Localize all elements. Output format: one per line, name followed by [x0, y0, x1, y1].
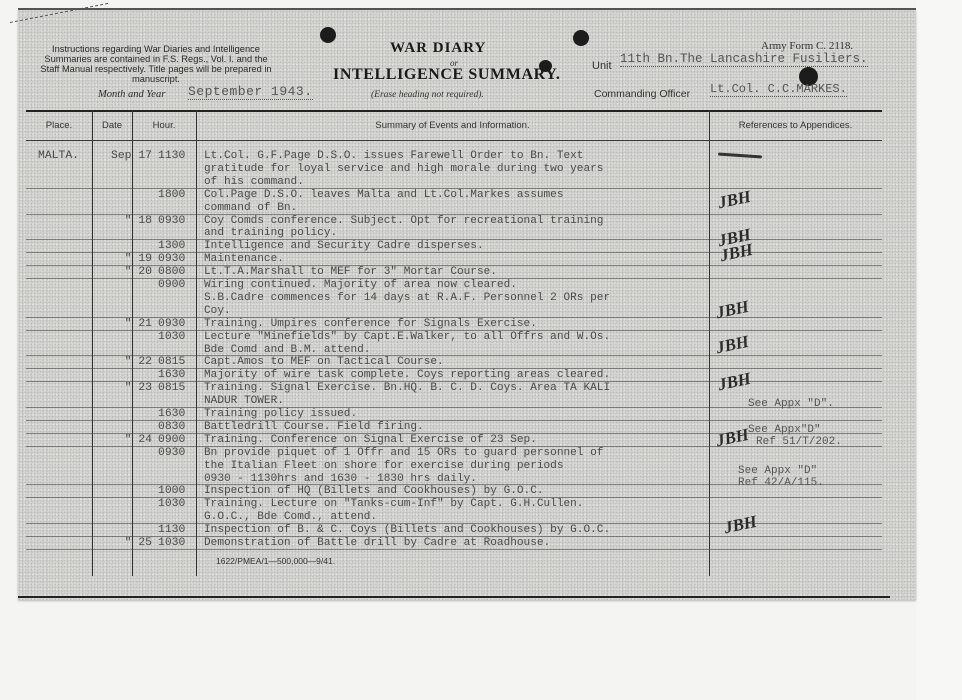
entry-summary-line: Training policy issued. [204, 408, 357, 420]
row-rule [26, 420, 882, 421]
entry-hour: 1130 [158, 150, 185, 163]
col-divider [709, 110, 710, 576]
month-year-value: September 1943. [188, 84, 313, 100]
entry-summary-line: Coy. [204, 305, 231, 317]
col-divider [92, 110, 93, 576]
row-rule [26, 446, 882, 447]
entry-summary-line: 0930 - 1130hrs and 1630 - 1830 hrs daily… [204, 473, 477, 485]
entry-hour: 0900 [158, 279, 185, 292]
column-header-summary: Summary of Events and Information. [196, 120, 709, 131]
col-divider [196, 110, 197, 576]
reference-entry: Ref 51/T/202. [756, 436, 842, 448]
commanding-officer-value: Lt.Col. C.C.MARKES. [710, 82, 847, 97]
punch-hole-icon [320, 27, 336, 43]
row-rule [26, 278, 882, 279]
reference-entry: Ref 42/A/115. [738, 477, 824, 489]
table-bottom-rule [18, 596, 890, 598]
column-header-hour: Hour. [132, 120, 196, 131]
handwritten-initials: JBH [714, 297, 750, 323]
entry-summary-line: Inspection of HQ (Billets and Cookhouses… [204, 485, 544, 497]
entry-summary-line: Bde Comd and B.M. attend. [204, 344, 370, 356]
entry-summary-line: Bn provide piquet of 1 Offr and 15 ORs t… [204, 447, 603, 459]
entry-summary-line: the Italian Fleet on shore for exercise … [204, 460, 564, 472]
row-rule [26, 355, 882, 356]
row-rule [26, 497, 882, 498]
entry-date: " 18 [106, 215, 152, 228]
entry-summary-line: command of Bn. [204, 202, 297, 214]
entry-date: Sep 17 [106, 150, 152, 163]
entry-summary-line: Intelligence and Security Cadre disperse… [204, 240, 484, 252]
row-rule [26, 265, 882, 266]
entry-hour: 0815 [158, 382, 185, 395]
row-rule [26, 368, 882, 369]
punch-hole-icon [573, 30, 589, 46]
entry-summary-line: Demonstration of Battle drill by Cadre a… [204, 537, 550, 549]
struck-reference-mark [718, 152, 762, 158]
column-header-date: Date [92, 120, 132, 131]
row-rule [26, 239, 882, 240]
entry-summary-line: Lt.Col. G.F.Page D.S.O. issues Farewell … [204, 150, 583, 162]
entry-date: " 23 [106, 382, 152, 395]
commanding-officer-label: Commanding Officer [594, 88, 690, 100]
form-number: Army Form C. 2118. [761, 40, 853, 52]
entry-summary-line: and training policy. [204, 227, 337, 239]
entry-summary-line: of his command. [204, 176, 304, 188]
entry-place: MALTA. [38, 150, 79, 163]
form-print-code: 1622/PMEA/1—500,000—9/41. [216, 556, 335, 566]
scan-margin [916, 0, 962, 700]
entry-summary-line: Wiring continued. Majority of area now c… [204, 279, 517, 291]
entry-summary-line: Inspection of B. & C. Coys (Billets and … [204, 524, 610, 536]
entry-summary-line: Lt.T.A.Marshall to MEF for 3" Mortar Cou… [204, 266, 497, 278]
title-note: (Erase heading not required). [371, 90, 484, 100]
handwritten-initials: JBH [714, 332, 750, 358]
reference-entry: See Appx "D". [748, 398, 834, 410]
row-rule [26, 317, 882, 318]
title-intelligence-summary: INTELLIGENCE SUMMARY. [333, 66, 560, 84]
entry-summary-line: Majority of wire task complete. Coys rep… [204, 369, 610, 381]
reference-entry: See Appx"D" [748, 424, 821, 436]
entry-summary-line: G.O.C., Bde Comd., attend. [204, 511, 377, 523]
entry-summary-line: Capt.Amos to MEF on Tactical Course. [204, 356, 444, 368]
row-rule [26, 330, 882, 331]
entry-summary-line: Training. Lecture on "Tanks-cum-Inf" by … [204, 498, 583, 510]
entry-summary-line: Training. Umpires conference for Signals… [204, 318, 537, 330]
entry-summary-line: Lecture "Minefields" by Capt.E.Walker, t… [204, 331, 610, 343]
entry-hour: 1030 [158, 498, 185, 511]
entry-summary-line: Maintenance. [204, 253, 284, 265]
entry-summary-line: Training. Signal Exercise. Bn.HQ. B. C. … [204, 382, 610, 394]
table-top-rule [26, 110, 882, 112]
handwritten-initials: JBH [716, 369, 752, 395]
column-header-references: References to Appendices. [709, 120, 882, 131]
entry-summary-line: gratitude for loyal service and high mor… [204, 163, 603, 175]
col-divider [132, 110, 133, 576]
handwritten-initials: JBH [722, 512, 758, 538]
diary-table: Place. Date Hour. Summary of Events and … [26, 110, 882, 580]
handwritten-initials: JBH [714, 425, 750, 451]
row-rule [26, 549, 882, 550]
unit-value: 11th Bn.The Lancashire Fusiliers. [620, 52, 868, 67]
entry-hour: 1030 [158, 331, 185, 344]
entry-summary-line: S.B.Cadre commences for 14 days at R.A.F… [204, 292, 610, 304]
row-rule [26, 188, 882, 189]
entry-hour: 0930 [158, 447, 185, 460]
entry-summary-line: Col.Page D.S.O. leaves Malta and Lt.Col.… [204, 189, 564, 201]
entry-summary-line: Battledrill Course. Field firing. [204, 421, 424, 433]
unit-label: Unit [592, 60, 612, 72]
header-rule [26, 140, 882, 141]
instructions-text: Instructions regarding War Diaries and I… [36, 44, 276, 84]
reference-entry: See Appx "D" [738, 465, 817, 477]
entry-summary-line: NADUR TOWER. [204, 395, 284, 407]
column-header-place: Place. [26, 120, 92, 131]
row-rule [26, 536, 882, 537]
entry-hour: 0930 [158, 215, 185, 228]
entry-hour: 1800 [158, 189, 185, 202]
row-rule [26, 381, 882, 382]
handwritten-initials: JBH [716, 187, 752, 213]
row-rule [26, 214, 882, 215]
entry-summary-line: Coy Comds conference. Subject. Opt for r… [204, 215, 603, 227]
month-year-label: Month and Year [98, 90, 165, 100]
title-war-diary: WAR DIARY [390, 40, 486, 57]
entry-summary-line: Training. Conference on Signal Exercise … [204, 434, 537, 446]
